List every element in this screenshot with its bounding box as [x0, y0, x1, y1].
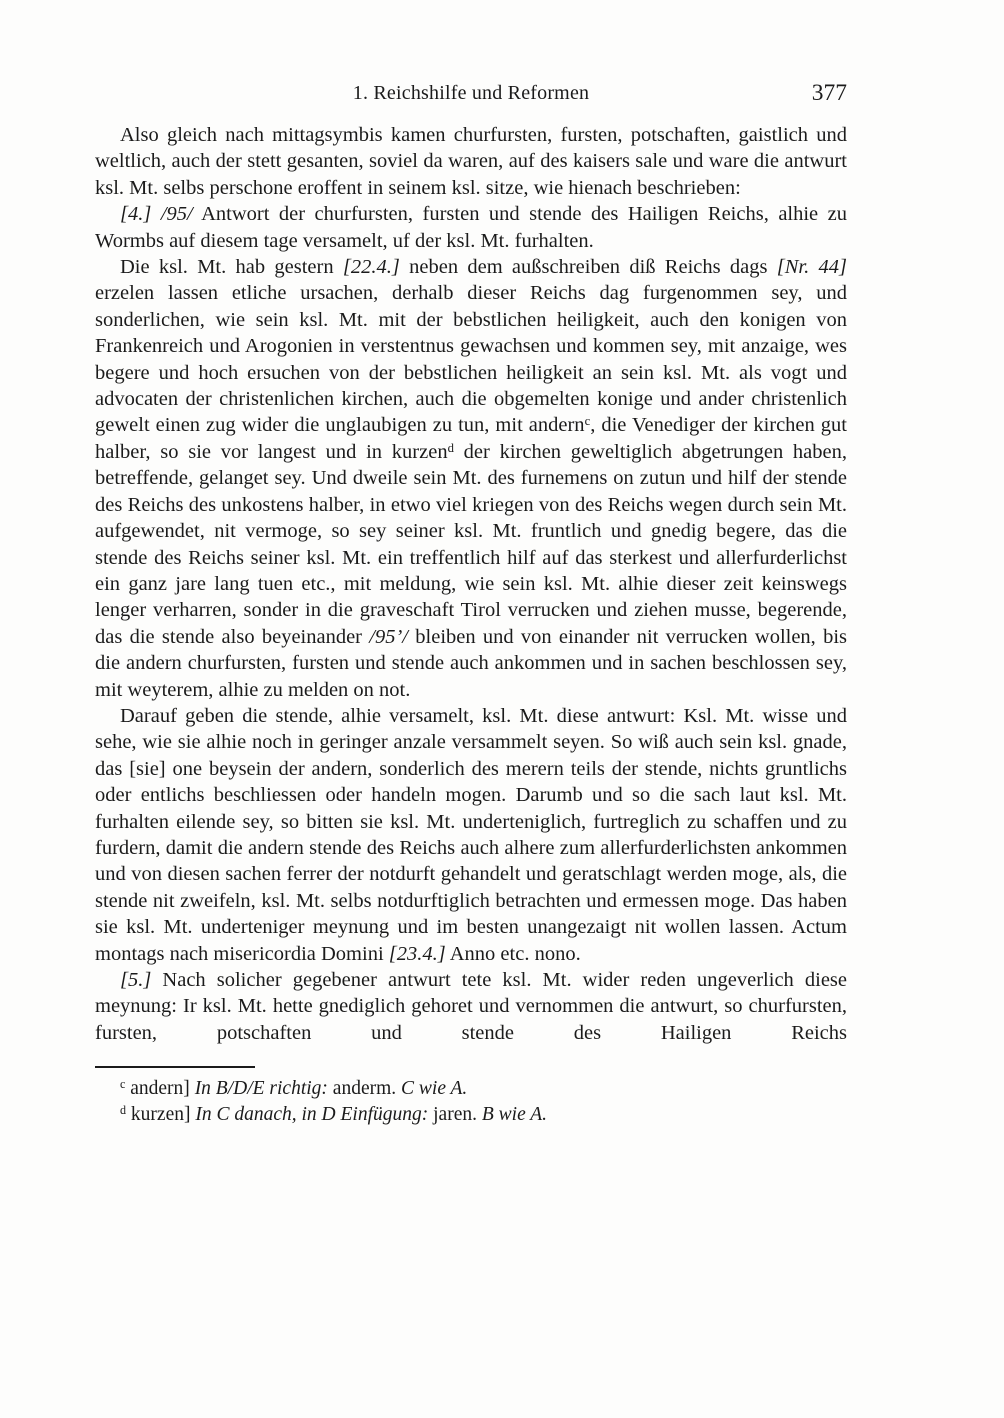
footnote-area: c andern] In B/D/E richtig: anderm. C wi…	[95, 1066, 847, 1127]
text-block: 1. Reichshilfe und Reformen 377 Also gle…	[95, 80, 847, 1127]
paragraph: [4.] /95/ Antwort der churfursten, furst…	[95, 201, 847, 254]
footnote-separator	[95, 1066, 255, 1068]
paragraph: Also gleich nach mittagsymbis kamen chur…	[95, 122, 847, 201]
book-page: 1. Reichshilfe und Reformen 377 Also gle…	[0, 0, 1004, 1418]
paragraph: [5.] Nach solicher gegebener antwurt tet…	[95, 967, 847, 1046]
footnote-item: c andern] In B/D/E richtig: anderm. C wi…	[95, 1076, 847, 1102]
page-number: 377	[812, 80, 847, 107]
section-title: 1. Reichshilfe und Reformen	[95, 82, 847, 105]
footnote-item: d kurzen] In C danach, in D Einfügung: j…	[95, 1102, 847, 1128]
paragraph: Die ksl. Mt. hab gestern [22.4.] neben d…	[95, 254, 847, 703]
paragraph: Darauf geben die stende, alhie versamelt…	[95, 703, 847, 967]
footnote-list: c andern] In B/D/E richtig: anderm. C wi…	[95, 1076, 847, 1127]
page-header: 1. Reichshilfe und Reformen 377	[95, 80, 847, 110]
body-copy: Also gleich nach mittagsymbis kamen chur…	[95, 122, 847, 1046]
